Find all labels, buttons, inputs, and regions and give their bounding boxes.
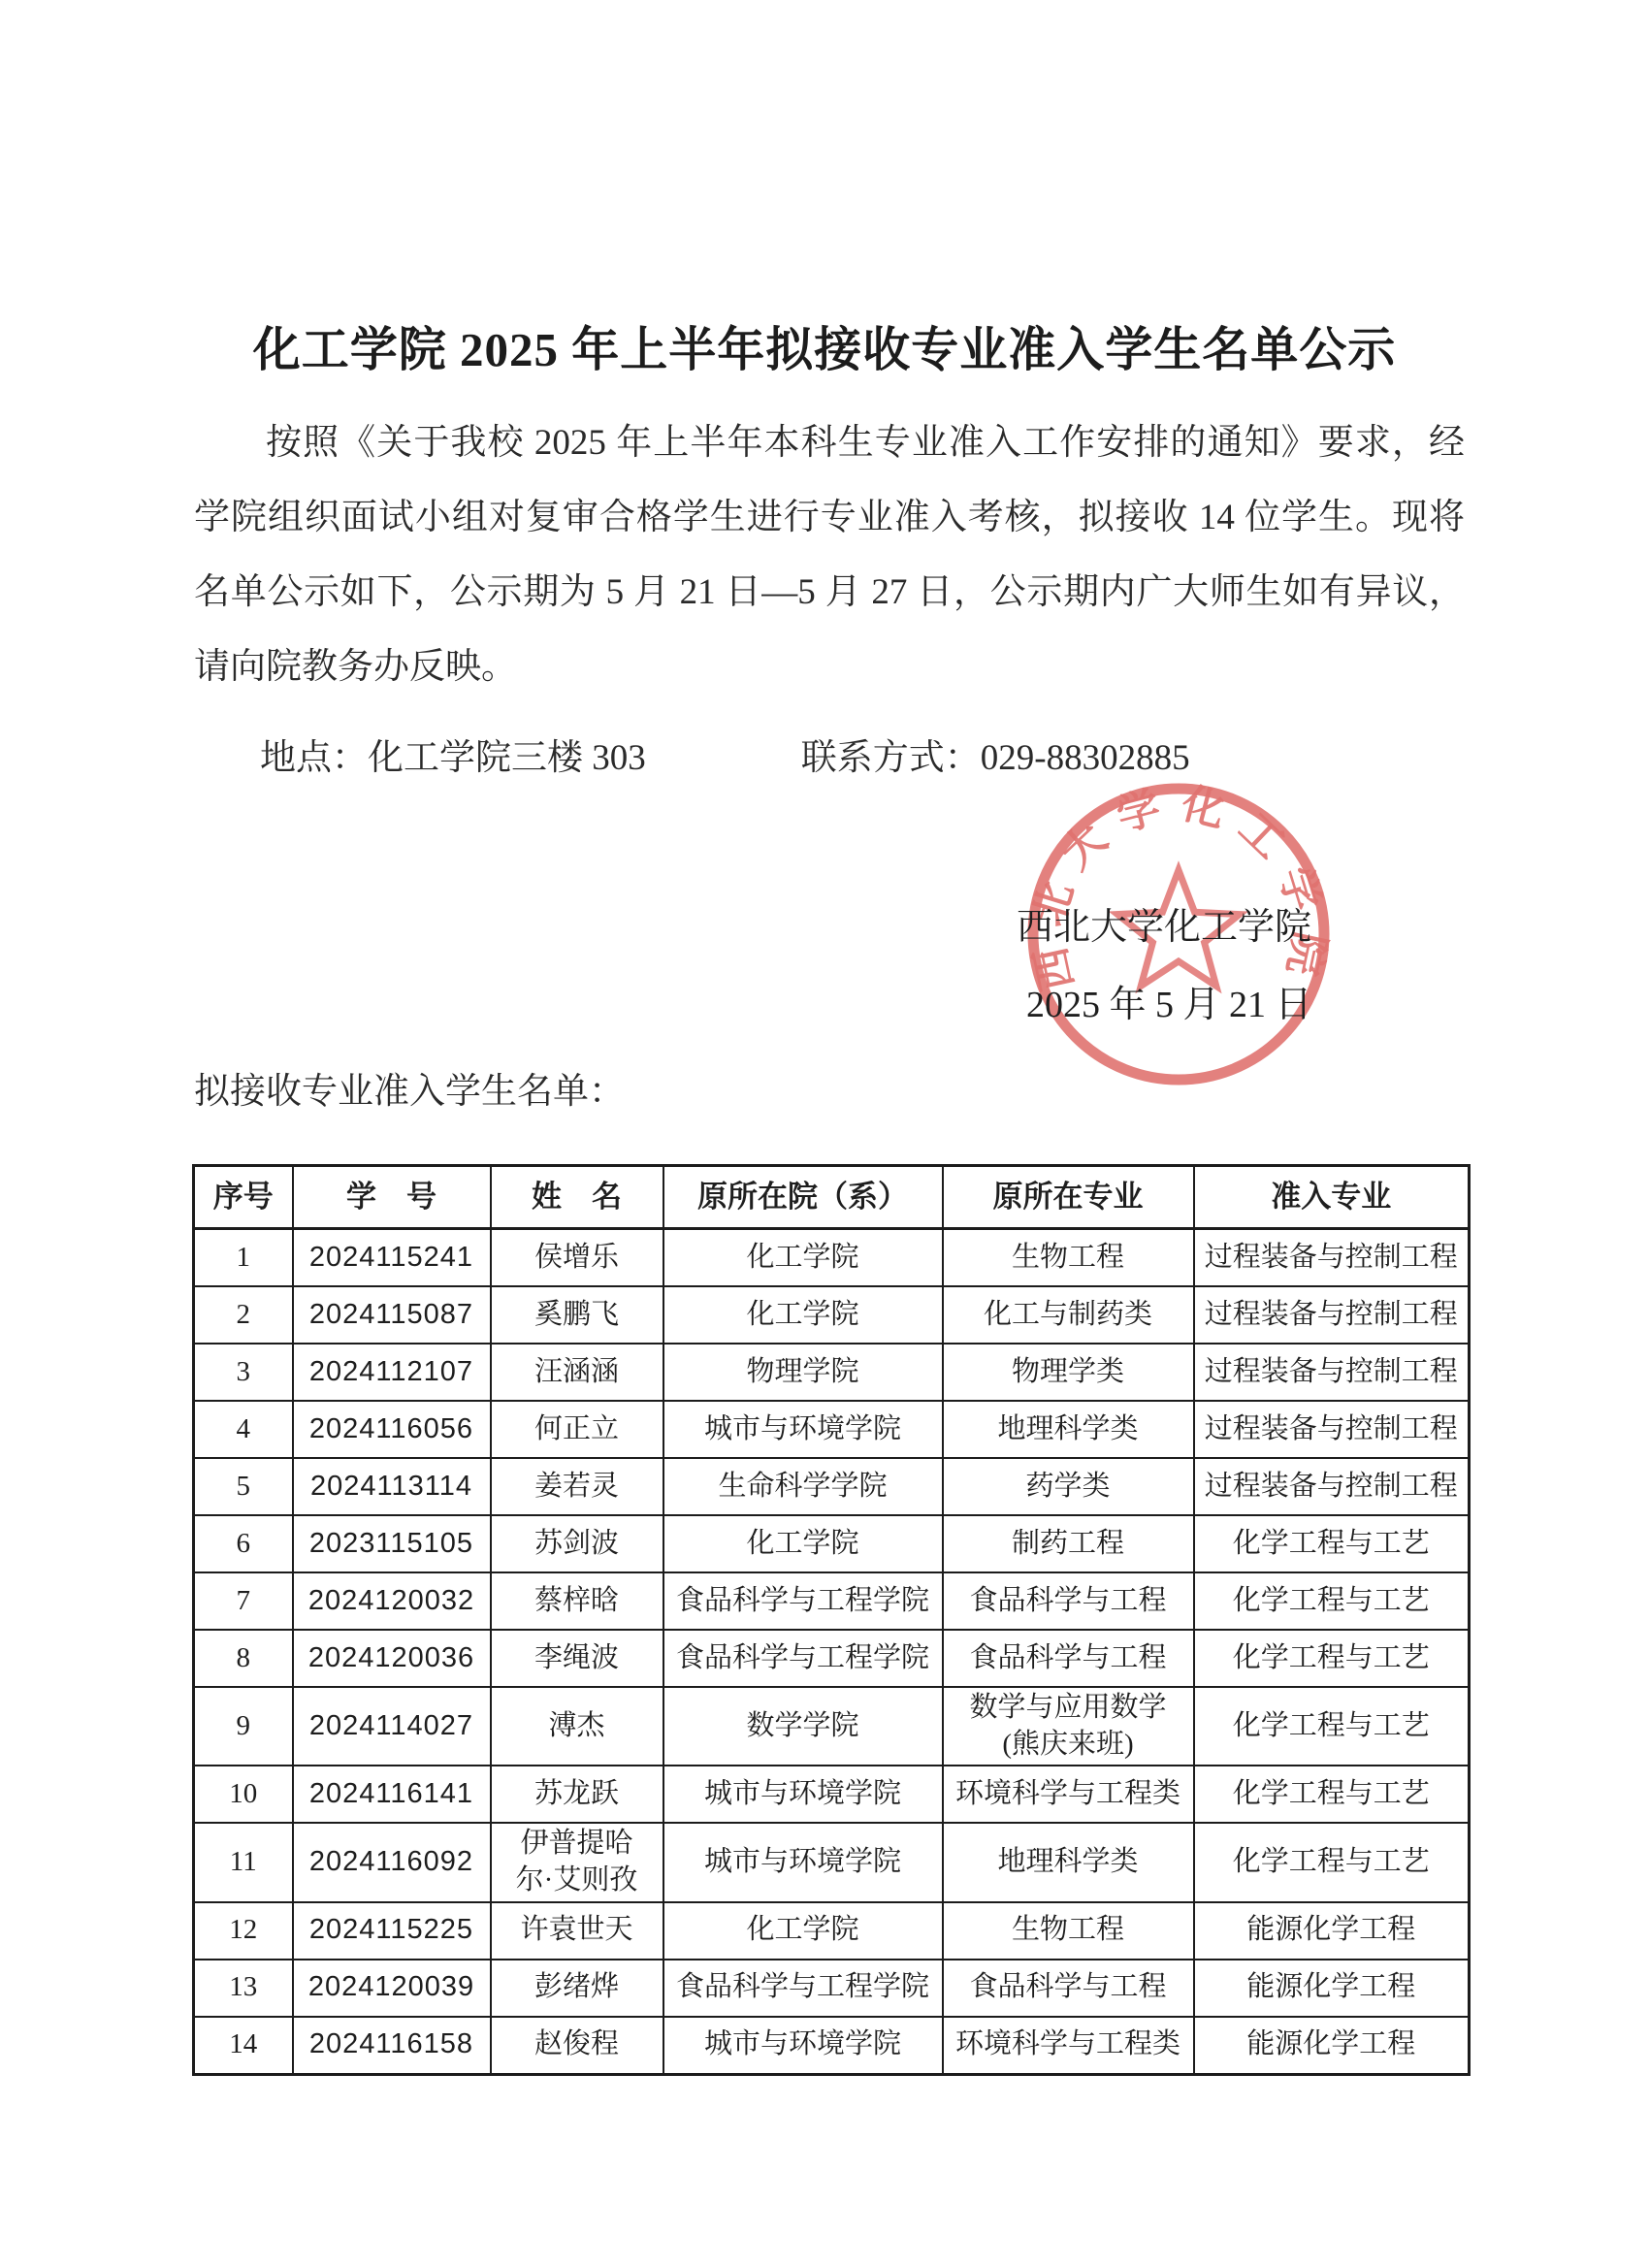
list-intro: 拟接收专业准入学生名单：: [194, 1061, 1649, 1114]
table-cell: 化工学院: [663, 1515, 943, 1572]
table-cell: 制药工程: [943, 1515, 1194, 1572]
table-cell: 物理学类: [943, 1344, 1194, 1401]
table-cell: 化学工程与工艺: [1194, 1630, 1470, 1687]
admission-table: 序号学 号姓 名原所在院（系）原所在专业准入专业 12024115241侯增乐化…: [192, 1164, 1471, 2076]
table-row: 12024115241侯增乐化工学院生物工程过程装备与控制工程: [194, 1229, 1470, 1287]
table-cell: 苏剑波: [491, 1515, 663, 1572]
table-cell: 化学工程与工艺: [1194, 1572, 1470, 1630]
table-header-row: 序号学 号姓 名原所在院（系）原所在专业准入专业: [194, 1166, 1470, 1229]
table-row: 52024113114姜若灵生命科学学院药学类过程装备与控制工程: [194, 1458, 1470, 1515]
table-cell: 12: [194, 1902, 293, 1960]
column-header: 准入专业: [1194, 1166, 1470, 1229]
table-cell: 数学学院: [663, 1687, 943, 1766]
table-cell: 奚鹏飞: [491, 1286, 663, 1344]
table-cell: 彭绪烨: [491, 1960, 663, 2017]
table-cell: 化学工程与工艺: [1194, 1766, 1470, 1823]
table-cell: 2024120036: [293, 1630, 491, 1687]
table-cell: 赵俊程: [491, 2017, 663, 2075]
table-cell: 过程装备与控制工程: [1194, 1458, 1470, 1515]
table-cell: 2024120039: [293, 1960, 491, 2017]
table-cell: 环境科学与工程类: [943, 2017, 1194, 2075]
table-cell: 化学工程与工艺: [1194, 1687, 1470, 1766]
table-cell: 许袁世天: [491, 1902, 663, 1960]
column-header: 原所在院（系）: [663, 1166, 943, 1229]
table-cell: 食品科学与工程: [943, 1630, 1194, 1687]
table-cell: 过程装备与控制工程: [1194, 1401, 1470, 1458]
table-row: 82024120036李绳波食品科学与工程学院食品科学与工程化学工程与工艺: [194, 1630, 1470, 1687]
table-cell: 11: [194, 1823, 293, 1901]
signature-org: 西北大学化工学院: [1017, 889, 1312, 966]
table-cell: 8: [194, 1630, 293, 1687]
table-row: 42024116056何正立城市与环境学院地理科学类过程装备与控制工程: [194, 1401, 1470, 1458]
table-cell: 2024116056: [293, 1401, 491, 1458]
document-title: 化工学院 2025 年上半年拟接收专业准入学生名单公示: [0, 0, 1649, 380]
table-row: 122024115225许袁世天化工学院生物工程能源化学工程: [194, 1902, 1470, 1960]
table-cell: 过程装备与控制工程: [1194, 1344, 1470, 1401]
table-cell: 食品科学与工程学院: [663, 1960, 943, 2017]
table-cell: 地理科学类: [943, 1401, 1194, 1458]
table-cell: 何正立: [491, 1401, 663, 1458]
table-cell: 14: [194, 2017, 293, 2075]
table-cell: 能源化学工程: [1194, 1902, 1470, 1960]
column-header: 序号: [194, 1166, 293, 1229]
table-cell: 食品科学与工程: [943, 1960, 1194, 2017]
table-cell: 5: [194, 1458, 293, 1515]
table-cell: 地理科学类: [943, 1823, 1194, 1901]
table-cell: 能源化学工程: [1194, 1960, 1470, 2017]
table-row: 32024112107汪涵涵物理学院物理学类过程装备与控制工程: [194, 1344, 1470, 1401]
table-cell: 3: [194, 1344, 293, 1401]
table-cell: 化工学院: [663, 1902, 943, 1960]
column-header: 学 号: [293, 1166, 491, 1229]
table-cell: 城市与环境学院: [663, 2017, 943, 2075]
table-cell: 2: [194, 1286, 293, 1344]
signature-date: 2025 年 5 月 21 日: [1017, 966, 1312, 1044]
table-cell: 过程装备与控制工程: [1194, 1229, 1470, 1287]
table-cell: 食品科学与工程学院: [663, 1630, 943, 1687]
table-cell: 6: [194, 1515, 293, 1572]
table-cell: 药学类: [943, 1458, 1194, 1515]
table-cell: 2024120032: [293, 1572, 491, 1630]
table-cell: 2024113114: [293, 1458, 491, 1515]
table-cell: 2024116092: [293, 1823, 491, 1901]
table-cell: 2023115105: [293, 1515, 491, 1572]
table-cell: 生物工程: [943, 1902, 1194, 1960]
table-cell: 13: [194, 1960, 293, 2017]
table-row: 102024116141苏龙跃城市与环境学院环境科学与工程类化学工程与工艺: [194, 1766, 1470, 1823]
signature-block: 西北大学化工学院 2025 年 5 月 21 日: [1017, 889, 1312, 1044]
table-cell: 姜若灵: [491, 1458, 663, 1515]
table-cell: 李绳波: [491, 1630, 663, 1687]
table-cell: 生命科学学院: [663, 1458, 943, 1515]
table-cell: 生物工程: [943, 1229, 1194, 1287]
table-cell: 化工学院: [663, 1229, 943, 1287]
table-cell: 侯增乐: [491, 1229, 663, 1287]
table-row: 22024115087奚鹏飞化工学院化工与制药类过程装备与控制工程: [194, 1286, 1470, 1344]
table-cell: 2024115241: [293, 1229, 491, 1287]
table-cell: 4: [194, 1401, 293, 1458]
table-cell: 环境科学与工程类: [943, 1766, 1194, 1823]
table-row: 132024120039彭绪烨食品科学与工程学院食品科学与工程能源化学工程: [194, 1960, 1470, 2017]
table-cell: 数学与应用数学 (熊庆来班): [943, 1687, 1194, 1766]
table-cell: 2024112107: [293, 1344, 491, 1401]
table-cell: 化学工程与工艺: [1194, 1823, 1470, 1901]
table-cell: 蔡梓晗: [491, 1572, 663, 1630]
table-row: 142024116158赵俊程城市与环境学院环境科学与工程类能源化学工程: [194, 2017, 1470, 2075]
table-cell: 化工与制药类: [943, 1286, 1194, 1344]
table-cell: 2024115225: [293, 1902, 491, 1960]
table-cell: 2024116158: [293, 2017, 491, 2075]
table-cell: 伊普提哈 尔·艾则孜: [491, 1823, 663, 1901]
table-cell: 过程装备与控制工程: [1194, 1286, 1470, 1344]
table-cell: 城市与环境学院: [663, 1823, 943, 1901]
table-cell: 2024114027: [293, 1687, 491, 1766]
table-cell: 2024116141: [293, 1766, 491, 1823]
table-cell: 苏龙跃: [491, 1766, 663, 1823]
column-header: 姓 名: [491, 1166, 663, 1229]
table-cell: 城市与环境学院: [663, 1766, 943, 1823]
table-cell: 2024115087: [293, 1286, 491, 1344]
table-cell: 化学工程与工艺: [1194, 1515, 1470, 1572]
table-cell: 食品科学与工程: [943, 1572, 1194, 1630]
location-text: 地点：化工学院三楼 303: [260, 729, 646, 788]
table-cell: 汪涵涵: [491, 1344, 663, 1401]
table-cell: 城市与环境学院: [663, 1401, 943, 1458]
table-row: 72024120032蔡梓晗食品科学与工程学院食品科学与工程化学工程与工艺: [194, 1572, 1470, 1630]
table-cell: 物理学院: [663, 1344, 943, 1401]
table-cell: 化工学院: [663, 1286, 943, 1344]
column-header: 原所在专业: [943, 1166, 1194, 1229]
table-cell: 9: [194, 1687, 293, 1766]
table-cell: 10: [194, 1766, 293, 1823]
intro-paragraph: 按照《关于我校 2025 年上半年本科生专业准入工作安排的通知》要求，经学院组织…: [194, 405, 1465, 704]
table-cell: 溥杰: [491, 1687, 663, 1766]
table-cell: 能源化学工程: [1194, 2017, 1470, 2075]
table-row: 62023115105苏剑波化工学院制药工程化学工程与工艺: [194, 1515, 1470, 1572]
table-cell: 7: [194, 1572, 293, 1630]
table-row: 92024114027溥杰数学学院数学与应用数学 (熊庆来班)化学工程与工艺: [194, 1687, 1470, 1766]
table-cell: 食品科学与工程学院: [663, 1572, 943, 1630]
table-cell: 1: [194, 1229, 293, 1287]
document-page: 化工学院 2025 年上半年拟接收专业准入学生名单公示 按照《关于我校 2025…: [0, 0, 1649, 2268]
table-row: 112024116092伊普提哈 尔·艾则孜城市与环境学院地理科学类化学工程与工…: [194, 1823, 1470, 1901]
table-body: 12024115241侯增乐化工学院生物工程过程装备与控制工程220241150…: [194, 1229, 1470, 2075]
